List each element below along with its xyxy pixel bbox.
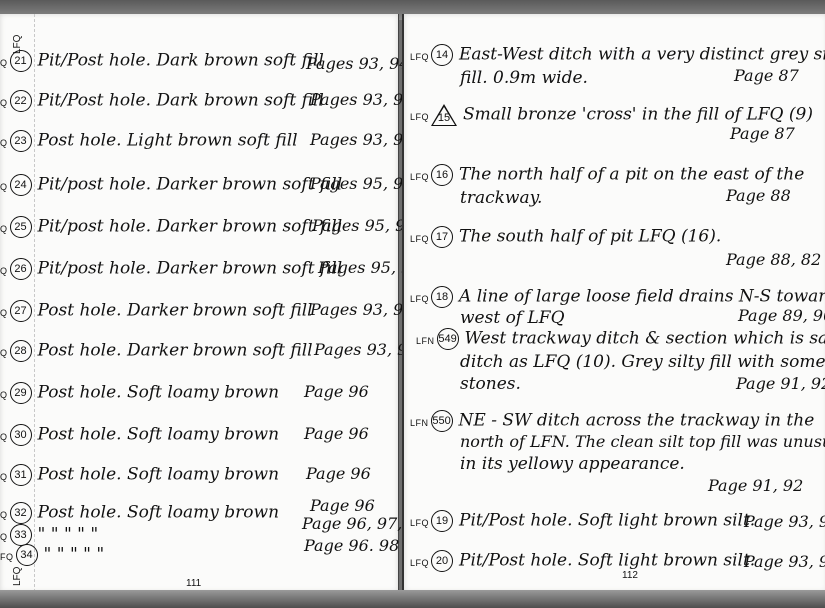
page-ref: Page 96 <box>310 496 375 515</box>
context-number: 29 <box>10 382 32 404</box>
entry-line-2: west of LFQ <box>460 308 565 328</box>
entry-lfq-19: LFQ19Pit/Post hole. Soft light brown sil… <box>410 510 755 532</box>
page-ref: Pages 93, 94 <box>310 90 413 109</box>
entry-text: Post hole. Light brown soft fill <box>38 131 298 151</box>
context-number: 16 <box>431 164 453 186</box>
context-number: 549 <box>437 328 459 350</box>
entry-text: Post hole. Soft loamy brown <box>38 465 280 485</box>
page-ref: Page 96 <box>304 424 369 443</box>
entry-line-1: West trackway ditch & section which is s… <box>465 329 825 349</box>
page-ref: Page 87 <box>734 66 799 85</box>
page-ref: Pages 95, 96 <box>312 216 415 235</box>
entry-line-2: north of LFN. The clean silt top fill wa… <box>460 432 825 451</box>
page-ref: Page 96. 98 <box>304 536 399 555</box>
context-number: 32 <box>10 502 32 524</box>
context-number: 21 <box>10 50 32 72</box>
entry-line-1: Pit/Post hole. Soft light brown silt. <box>459 551 755 571</box>
entry-line-1: The north half of a pit on the east of t… <box>459 165 804 185</box>
entry-lfq-29: Q29Post hole. Soft loamy brown <box>0 382 279 404</box>
entry-text: Pit/Post hole. Dark brown soft fill <box>38 91 324 111</box>
context-number: 34 <box>16 544 38 566</box>
entry-text: Pit/Post hole. Dark brown soft fill <box>38 51 324 71</box>
context-number: 30 <box>10 424 32 446</box>
context-number: 20 <box>431 550 453 572</box>
entry-lfq-15: LFQ15Small bronze 'cross' in the fill of… <box>410 104 813 126</box>
context-number: 27 <box>10 300 32 322</box>
context-number: 28 <box>10 340 32 362</box>
context-number: 33 <box>10 524 32 546</box>
entry-text: Post hole. Soft loamy brown <box>38 503 280 523</box>
entry-text: Pit/post hole. Darker brown soft fill <box>38 259 343 279</box>
page-ref: Page 88, 82 <box>726 250 821 269</box>
page-ref: Pages 93, 94 <box>306 54 409 73</box>
context-number: 17 <box>431 226 453 248</box>
page-ref: Page 93, 94 <box>744 512 825 531</box>
entry-lfq-26: Q26Pit/post hole. Darker brown soft fill <box>0 258 342 280</box>
context-number: 26 <box>10 258 32 280</box>
context-number: 22 <box>10 90 32 112</box>
margin-label-bottom: LFQ <box>12 567 23 586</box>
page-ref: Page 88 <box>726 186 791 205</box>
entry-line-3: stones. <box>460 374 521 394</box>
entry-lfq-25: Q25Pit/post hole. Darker brown soft fill <box>0 216 342 238</box>
entry-line-3: in its yellowy appearance. <box>460 454 685 474</box>
entry-lfn-550: LFN550NE - SW ditch across the trackway … <box>410 410 814 432</box>
entry-line-1: Small bronze 'cross' in the fill of LFQ … <box>463 105 813 125</box>
page-ref: Page 87 <box>730 124 795 143</box>
entry-text: Post hole. Soft loamy brown <box>38 383 280 403</box>
entry-lfq-16: LFQ16The north half of a pit on the east… <box>410 164 804 186</box>
entry-lfq-30: Q30Post hole. Soft loamy brown <box>0 424 279 446</box>
entry-lfq-22: Q22Pit/Post hole. Dark brown soft fill <box>0 90 324 112</box>
page-ref: Page 89, 90 <box>738 306 825 325</box>
entry-text: " " " " " <box>44 545 105 565</box>
context-number: 19 <box>431 510 453 532</box>
entry-lfq-32: Q32Post hole. Soft loamy brown <box>0 502 279 524</box>
page-ref: Page 93, 94 <box>744 552 825 571</box>
entry-line-1: Pit/Post hole. Soft light brown silt. <box>459 511 755 531</box>
entry-text: Post hole. Darker brown soft fill <box>38 301 313 321</box>
entry-lfq-14: LFQ14East-West ditch with a very distinc… <box>410 44 825 66</box>
entry-lfq-34: FQ34" " " " " <box>0 544 104 566</box>
entry-text: Pit/post hole. Darker brown soft fill <box>38 217 343 237</box>
context-number: 23 <box>10 130 32 152</box>
context-number: 25 <box>10 216 32 238</box>
page-ref: Page 96 <box>304 382 369 401</box>
entry-line-1: East-West ditch with a very distinct gre… <box>459 45 825 65</box>
page-ref: Pages 93, 94 <box>310 130 413 149</box>
entry-line-2: fill. 0.9m wide. <box>460 68 588 88</box>
page-ref: Pages 93, 94 <box>310 300 413 319</box>
context-number-triangle: 15 <box>431 104 457 126</box>
context-number: 31 <box>10 464 32 486</box>
entry-text: Pit/post hole. Darker brown soft fill <box>38 175 343 195</box>
entry-text: Post hole. Darker brown soft fill <box>38 341 313 361</box>
entry-text: Post hole. Soft loamy brown <box>38 425 280 445</box>
page-ref: Pages 95, 96 <box>310 174 413 193</box>
page-number: 112 <box>622 570 638 581</box>
page-ref: Page 91, 92. <box>736 374 825 393</box>
context-number: 14 <box>431 44 453 66</box>
entry-lfq-18: LFQ18A line of large loose field drains … <box>410 286 825 308</box>
entry-lfq-31: Q31Post hole. Soft loamy brown <box>0 464 279 486</box>
page-ref: Page 96 <box>306 464 371 483</box>
entry-line-1: The south half of pit LFQ (16). <box>459 227 721 247</box>
entry-lfq-28: Q28Post hole. Darker brown soft fill <box>0 340 313 362</box>
entry-line-1: A line of large loose field drains N-S t… <box>459 287 825 307</box>
entry-lfq-24: Q24Pit/post hole. Darker brown soft fill <box>0 174 342 196</box>
entry-lfn-549: LFN549West trackway ditch & section whic… <box>416 328 825 350</box>
context-number: 550 <box>431 410 453 432</box>
entry-line-2: ditch as LFQ (10). Grey silty fill with … <box>460 352 825 372</box>
page-number: 111 <box>186 578 201 589</box>
page-ref: Page 91, 92 <box>708 476 803 495</box>
right-page: LFQ14East-West ditch with a very distinc… <box>402 14 825 592</box>
entry-lfq-27: Q27Post hole. Darker brown soft fill <box>0 300 313 322</box>
context-number: 24 <box>10 174 32 196</box>
entry-lfq-33: Q33" " " " " <box>0 524 98 546</box>
left-page: LFQ LFQ Q21Pit/Post hole. Dark brown sof… <box>0 14 399 592</box>
context-number: 18 <box>431 286 453 308</box>
entry-lfq-23: Q23Post hole. Light brown soft fill <box>0 130 298 152</box>
entry-lfq-21: Q21Pit/Post hole. Dark brown soft fill <box>0 50 324 72</box>
page-shadow-bottom <box>0 590 825 608</box>
entry-text: " " " " " <box>38 525 99 545</box>
entry-lfq-17: LFQ17The south half of pit LFQ (16). <box>410 226 721 248</box>
entry-line-2: trackway. <box>460 188 542 208</box>
entry-lfq-20: LFQ20Pit/Post hole. Soft light brown sil… <box>410 550 755 572</box>
entry-line-1: NE - SW ditch across the trackway in the <box>459 411 815 431</box>
